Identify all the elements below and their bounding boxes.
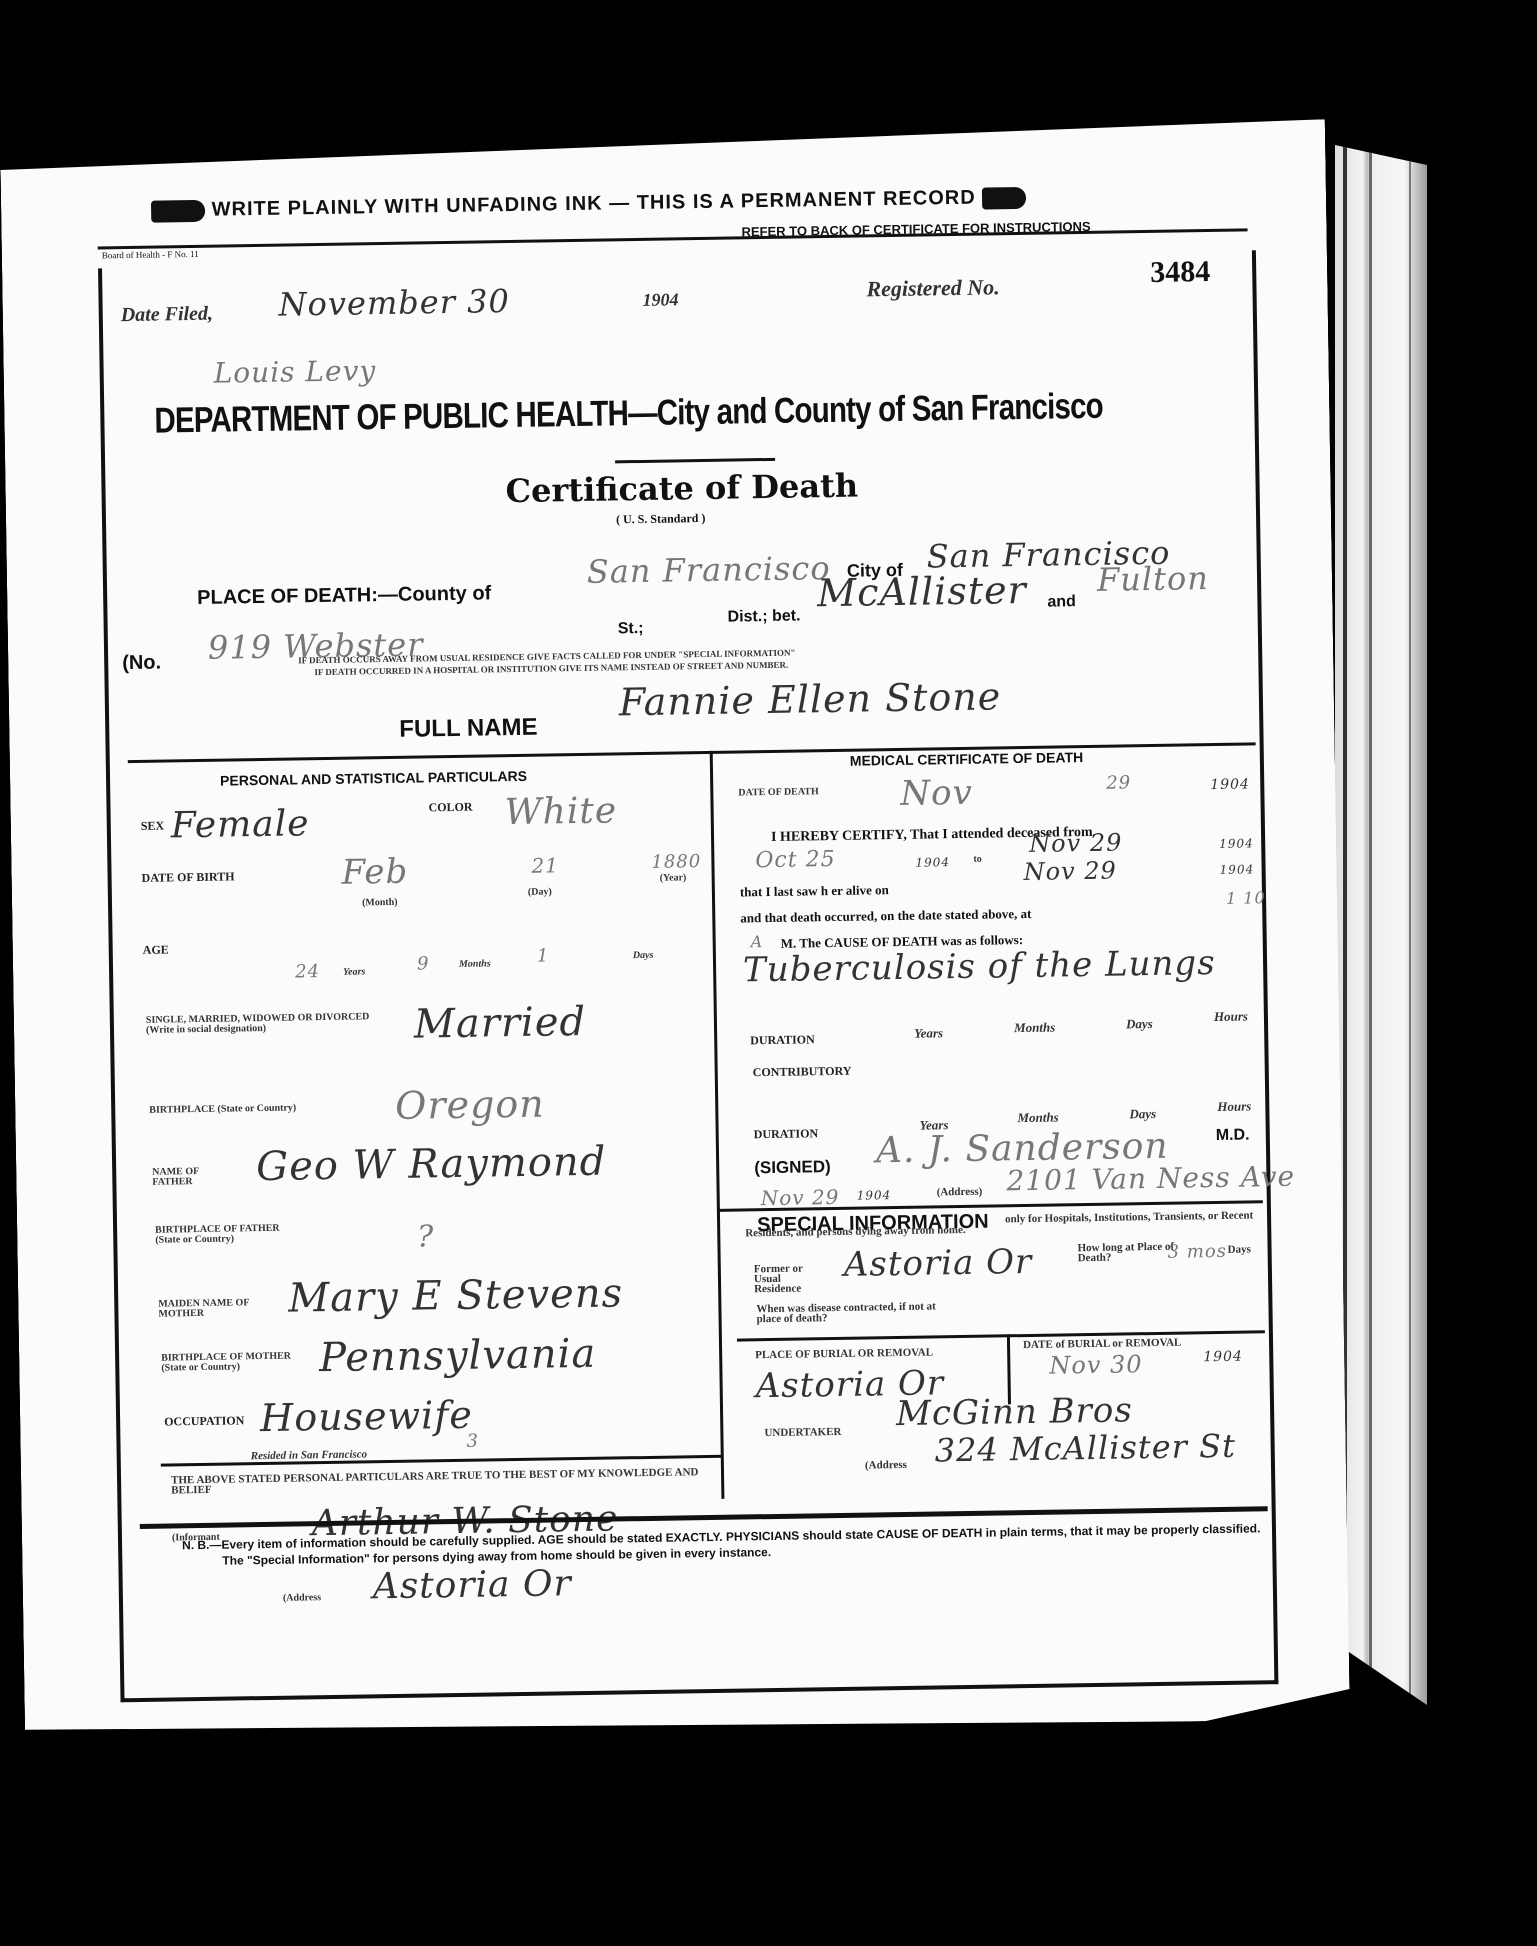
dob-day: 21	[531, 853, 559, 877]
to-label: to	[973, 855, 981, 865]
age-label: AGE	[143, 943, 169, 955]
dob-label: DATE OF BIRTH	[142, 870, 235, 883]
street-label: St.;	[618, 620, 644, 638]
attended-to: Nov 29	[1029, 828, 1123, 857]
years-caption: Years	[343, 966, 365, 977]
dob-year: 1880	[651, 851, 701, 873]
duration-days: Days	[1126, 1016, 1153, 1032]
undertaker-address: 324 McAllister St	[934, 1427, 1236, 1470]
days-caption: Days	[633, 950, 654, 961]
duration-days-2: Days	[1129, 1106, 1156, 1122]
color-value: White	[504, 790, 617, 833]
dob-month: Feb	[341, 852, 408, 893]
top-warning: WRITE PLAINLY WITH UNFADING INK — THIS I…	[151, 186, 1026, 223]
sex-value: Female	[170, 803, 309, 846]
mother-birthplace-label: BIRTHPLACE OF MOTHER (State or Country)	[161, 1351, 311, 1373]
registrar-signature: Louis Levy	[213, 354, 376, 390]
page-edge-line	[1409, 145, 1411, 1705]
occupation-value: Housewife	[260, 1393, 473, 1440]
resided-years: 3	[466, 1431, 479, 1452]
signed-year: 1904	[857, 1188, 892, 1203]
pointing-hand-icon	[982, 187, 1026, 210]
contracted-label: When was disease contracted, if not at p…	[756, 1301, 956, 1324]
marital-label: SINGLE, MARRIED, WIDOWED OR DIVORCED (Wr…	[146, 1012, 376, 1036]
mother-label: MAIDEN NAME OF MOTHER	[158, 1298, 278, 1320]
months-caption: Months	[459, 958, 491, 969]
year-caption: (Year)	[660, 873, 687, 883]
pointing-hand-icon	[151, 200, 205, 223]
duration-months-2: Months	[1017, 1109, 1058, 1126]
how-long-days-label: Days	[1228, 1244, 1251, 1254]
father-value: Geo W Raymond	[256, 1139, 607, 1190]
residence-label: Former or Usual Residence	[754, 1263, 824, 1294]
age-years: 24	[295, 961, 320, 982]
date-filed-value: November 30	[278, 282, 510, 324]
physician-address-label: (Address)	[937, 1187, 983, 1198]
full-name-label: FULL NAME	[399, 714, 538, 744]
undertaker-label: UNDERTAKER	[764, 1427, 841, 1438]
dod-day: 29	[1106, 772, 1131, 793]
father-birthplace-value: ?	[417, 1219, 435, 1254]
color-label: COLOR	[428, 801, 472, 814]
sex-label: SEX	[141, 820, 165, 832]
full-name-value: Fannie Ellen Stone	[619, 674, 1002, 724]
physician-address: 2101 Van Ness Ave	[1006, 1160, 1295, 1198]
duration-label-2: DURATION	[754, 1127, 819, 1140]
day-caption: (Day)	[528, 887, 552, 897]
duration-hours-2: Hours	[1217, 1098, 1251, 1115]
scanned-document: WRITE PLAINLY WITH UNFADING INK — THIS I…	[0, 0, 1537, 1946]
and-label: and	[1047, 593, 1076, 611]
county-value: San Francisco	[587, 549, 831, 591]
last-saw-date: Nov 29	[1023, 857, 1117, 886]
age-months: 9	[417, 953, 430, 974]
page-edge-line	[1369, 145, 1372, 1705]
time-of-death: 1 10	[1226, 888, 1266, 908]
duration-hours: Hours	[1214, 1009, 1248, 1026]
duration-years: Years	[914, 1025, 943, 1041]
attended-from-year: 1904	[915, 855, 950, 870]
divider	[98, 228, 1248, 249]
dod-year: 1904	[1210, 776, 1250, 793]
between-street-1: McAllister	[817, 568, 1027, 615]
last-saw-text: that I last saw h er alive on	[740, 882, 889, 900]
registered-label: Registered No.	[866, 274, 1000, 302]
undertaker-address-label: (Address	[865, 1460, 907, 1471]
informant-address-label: (Address	[283, 1593, 321, 1604]
residence-value: Astoria Or	[843, 1242, 1032, 1285]
informant-address: Astoria Or	[372, 1563, 572, 1607]
age-days: 1	[537, 945, 550, 966]
undertaker-value: McGinn Bros	[896, 1390, 1133, 1434]
between-street-2: Fulton	[1097, 559, 1209, 599]
duration-months: Months	[1014, 1020, 1055, 1037]
date-filed-label: Date Filed,	[121, 303, 214, 327]
how-long-label: How long at Place of Death?	[1077, 1242, 1177, 1264]
signed-label: (SIGNED)	[754, 1157, 831, 1178]
burial-place-label: PLACE OF BURIAL OR REMOVAL	[755, 1347, 933, 1360]
attended-from: Oct 25	[755, 847, 836, 873]
last-saw-year: 1904	[1220, 862, 1255, 877]
dist-label: Dist.; bet.	[727, 607, 800, 626]
burial-date: Nov 30	[1049, 1350, 1143, 1379]
duration-label: DURATION	[750, 1033, 815, 1046]
place-of-death-label: PLACE OF DEATH:—County of	[197, 582, 491, 610]
dod-month: Nov	[900, 773, 973, 814]
father-label: NAME OF FATHER	[152, 1166, 232, 1187]
father-birthplace-label: BIRTHPLACE OF FATHER (State or Country)	[155, 1223, 305, 1245]
marital-value: Married	[414, 999, 587, 1048]
md-label: M.D.	[1216, 1126, 1250, 1145]
cause-of-death: Tuberculosis of the Lungs	[743, 943, 1216, 990]
number-label: (No.	[122, 652, 161, 676]
dod-label: DATE OF DEATH	[738, 787, 819, 798]
attended-to-year: 1904	[1219, 836, 1254, 851]
death-certificate: WRITE PLAINLY WITH UNFADING INK — THIS I…	[0, 119, 1350, 1740]
occupation-label: OCCUPATION	[164, 1414, 244, 1427]
page-stack-edge	[1335, 145, 1427, 1705]
burial-date-label: DATE of BURIAL or REMOVAL	[1023, 1338, 1181, 1350]
date-filed-year: 1904	[642, 289, 678, 311]
am-pm: A	[751, 932, 764, 951]
mother-value: Mary E Stevens	[288, 1270, 624, 1321]
burial-year: 1904	[1203, 1349, 1243, 1366]
birthplace-value: Oregon	[395, 1082, 545, 1128]
certificate-title: Certificate of Death	[505, 467, 858, 511]
mother-birthplace-value: Pennsylvania	[319, 1331, 597, 1381]
month-caption: (Month)	[362, 898, 398, 909]
contributory-label: CONTRIBUTORY	[753, 1065, 852, 1079]
form-id: Board of Health - F No. 11	[102, 249, 199, 261]
registered-number: 3484	[1150, 255, 1211, 290]
certificate-subtitle: ( U. S. Standard )	[616, 511, 706, 527]
how-long-value: 3 mos	[1167, 1241, 1227, 1263]
